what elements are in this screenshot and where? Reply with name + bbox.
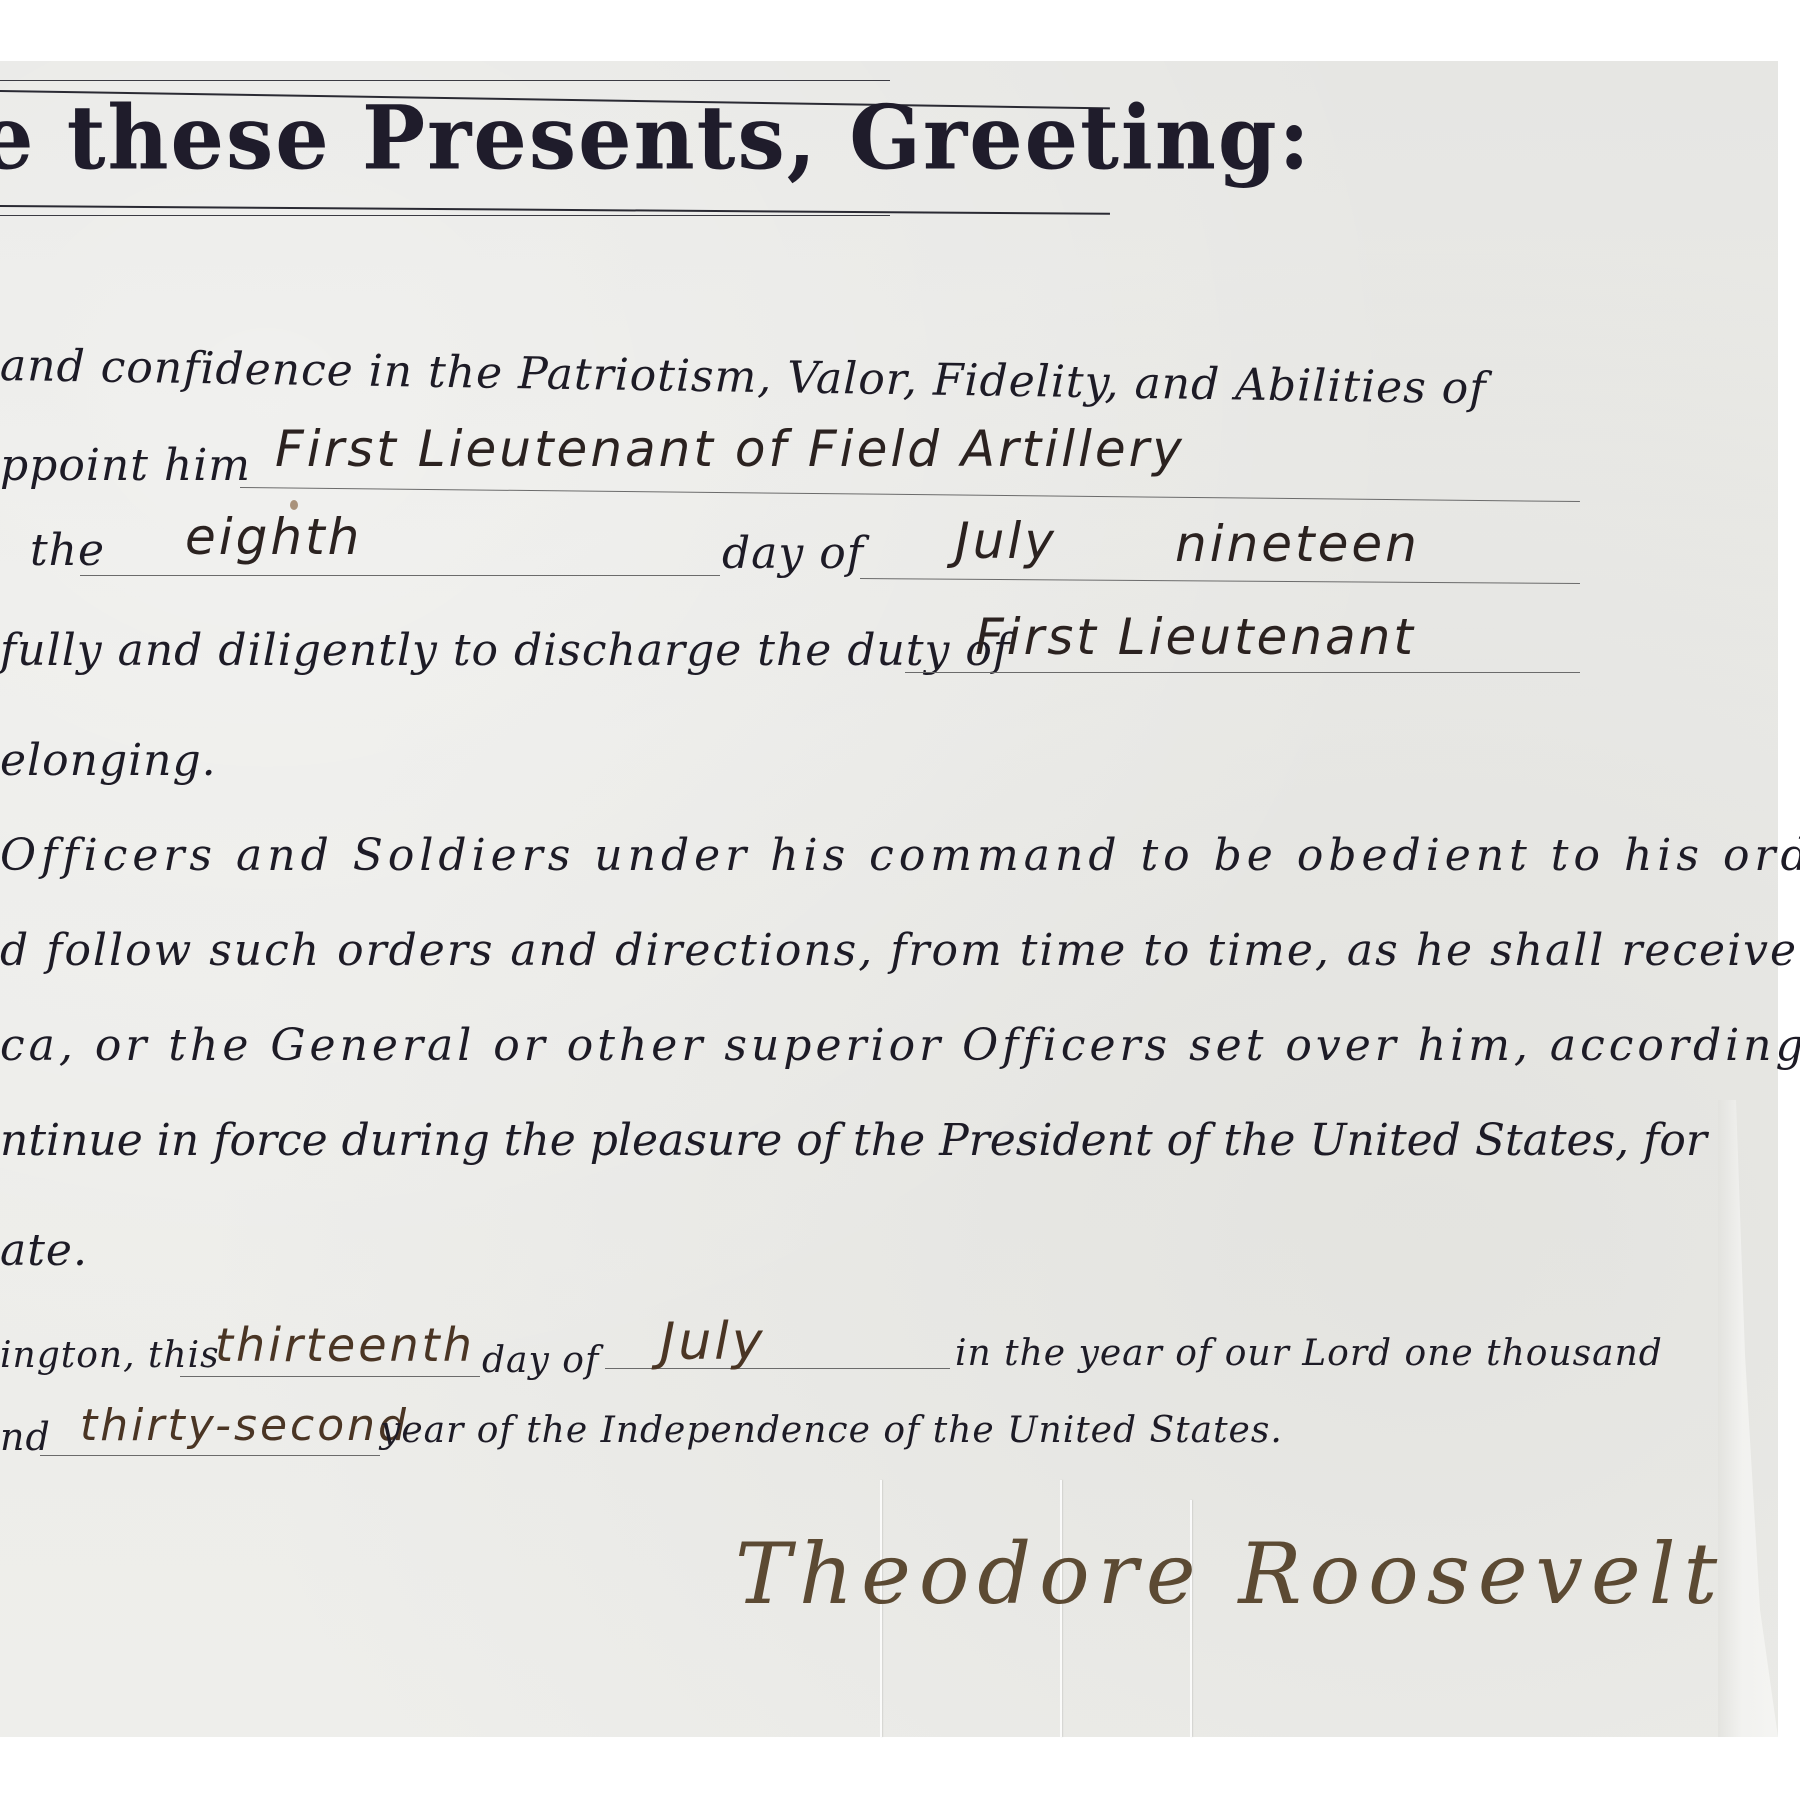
body-line-3-printed-the: the [30, 525, 105, 576]
header-greeting-title: e these Presents, Greeting: [0, 86, 1312, 190]
handwritten-independence-year: thirty-second [80, 1400, 409, 1451]
handwritten-day: eighth [185, 508, 362, 566]
independence-line-prefix: nd [0, 1415, 51, 1459]
body-line-10: ate. [0, 1225, 88, 1276]
independence-line-suffix: year of the Independence of the United S… [380, 1410, 1283, 1451]
handwritten-month: July [955, 512, 1057, 570]
handwritten-duty: First Lieutenant [975, 608, 1416, 666]
fill-line-independence-year [40, 1455, 380, 1456]
header-rule-bottom-outer [0, 215, 890, 216]
presidential-signature: Theodore Roosevelt [735, 1525, 1725, 1623]
dated-line-suffix: in the year of our Lord one thousand [955, 1333, 1663, 1374]
handwritten-year: nineteen [1175, 515, 1420, 573]
handwritten-dated-day: thirteenth [215, 1318, 475, 1372]
fill-line-dated-day [180, 1376, 480, 1377]
handwritten-rank: First Lieutenant of Field Artillery [275, 420, 1185, 478]
fill-line-duty [905, 672, 1580, 673]
dated-line-mid: day of [482, 1340, 599, 1381]
header-rule-top-outer [0, 80, 890, 81]
dated-line-prefix: ington, this [0, 1335, 220, 1376]
body-line-5: elonging. [0, 735, 217, 786]
fill-line-day [80, 575, 720, 576]
body-line-6: Officers and Soldiers under his command … [0, 830, 1800, 881]
body-line-7: d follow such orders and directions, fro… [0, 925, 1800, 976]
body-line-9: ntinue in force during the pleasure of t… [0, 1115, 1707, 1166]
body-line-8: ca, or the General or other superior Off… [0, 1020, 1800, 1071]
body-line-3-printed-dayof: day of [722, 528, 864, 579]
ink-spot [290, 500, 298, 510]
body-line-2-printed: ppoint him [0, 440, 251, 491]
handwritten-dated-month: July [660, 1312, 766, 1372]
document-paper [0, 61, 1778, 1737]
body-line-4-printed: fully and diligently to discharge the du… [0, 625, 1010, 676]
fill-line-dated-month [605, 1368, 950, 1369]
